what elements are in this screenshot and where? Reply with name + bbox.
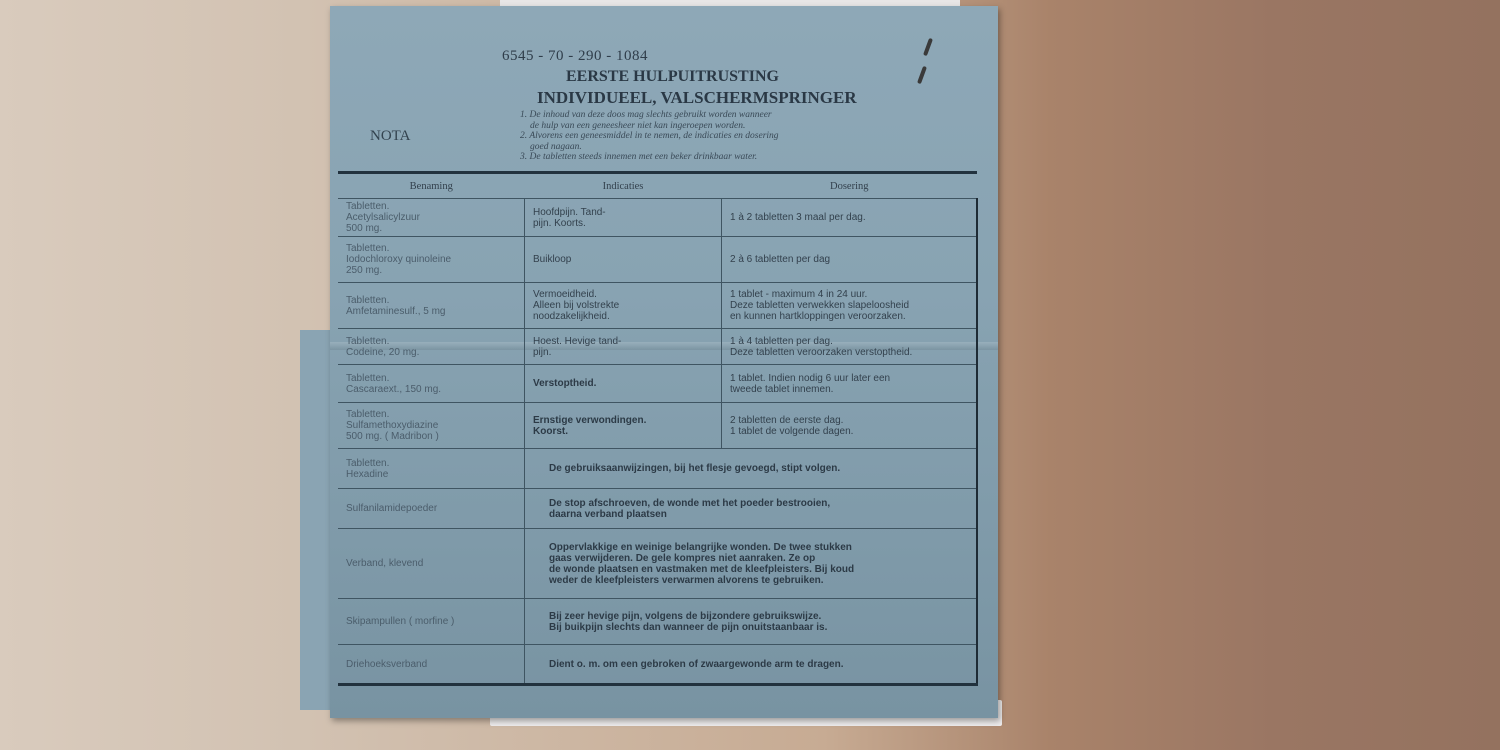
cell-dosage: 1 à 2 tabletten 3 maal per dag. bbox=[722, 199, 978, 237]
cell-dosage: 1 tablet - maximum 4 in 24 uur. Deze tab… bbox=[722, 283, 978, 329]
cell-indication: Ernstige verwondingen. Koorst. bbox=[525, 403, 722, 449]
cell-dosage: 1 tablet. Indien nodig 6 uur later een t… bbox=[722, 365, 978, 403]
cell-instructions: Oppervlakkige en weinige belangrijke won… bbox=[525, 529, 978, 599]
cell-indication: Hoest. Hevige tand- pijn. bbox=[525, 329, 722, 365]
cell-name: Tabletten. Hexadine bbox=[338, 449, 525, 489]
table-row: Tabletten. Hexadine De gebruiksaanwijzin… bbox=[338, 449, 977, 489]
cell-name: Sulfanilamidepoeder bbox=[338, 489, 525, 529]
table-row: Tabletten. Codeine, 20 mg. Hoest. Hevige… bbox=[338, 329, 977, 365]
cell-name: Tabletten. Amfetaminesulf., 5 mg bbox=[338, 283, 525, 329]
cell-indication: Buikloop bbox=[525, 237, 722, 283]
cell-name: Tabletten. Cascaraext., 150 mg. bbox=[338, 365, 525, 403]
title-line-2: INDIVIDUEEL, VALSCHERMSPRINGER bbox=[537, 88, 857, 108]
cell-instructions: De gebruiksaanwijzingen, bij het flesje … bbox=[525, 449, 978, 489]
note-item: 1. De inhoud van deze doos mag slechts g… bbox=[520, 110, 920, 131]
table-row: Tabletten. Sulfamethoxydiazine 500 mg. (… bbox=[338, 403, 977, 449]
cell-name: Tabletten. Sulfamethoxydiazine 500 mg. (… bbox=[338, 403, 525, 449]
nota-label: NOTA bbox=[370, 128, 410, 145]
cell-indication: Vermoeidheid. Alleen bij volstrekte nood… bbox=[525, 283, 722, 329]
header-dosering: Dosering bbox=[722, 173, 978, 199]
table-row: Tabletten. Amfetaminesulf., 5 mg Vermoei… bbox=[338, 283, 977, 329]
staple-mark-icon bbox=[923, 38, 933, 56]
cell-name: Driehoeksverband bbox=[338, 645, 525, 685]
header-benaming: Benaming bbox=[338, 173, 525, 199]
cell-indication: Verstoptheid. bbox=[525, 365, 722, 403]
table-row: Tabletten. Acetylsalicylzuur 500 mg. Hoo… bbox=[338, 199, 977, 237]
table-row: Sulfanilamidepoeder De stop afschroeven,… bbox=[338, 489, 977, 529]
cell-dosage: 2 à 6 tabletten per dag bbox=[722, 237, 978, 283]
staple-mark-icon bbox=[917, 66, 927, 84]
cell-instructions: Dient o. m. om een gebroken of zwaargewo… bbox=[525, 645, 978, 685]
note-item: 2. Alvorens een geneesmiddel in te nemen… bbox=[520, 131, 920, 152]
cell-name: Tabletten. Iodochloroxy quinoleine 250 m… bbox=[338, 237, 525, 283]
notes-list: 1. De inhoud van deze doos mag slechts g… bbox=[520, 110, 920, 163]
table-row: Tabletten. Cascaraext., 150 mg. Verstopt… bbox=[338, 365, 977, 403]
cell-instructions: Bij zeer hevige pijn, volgens de bijzond… bbox=[525, 599, 978, 645]
staple-marks bbox=[920, 38, 934, 98]
cell-name: Skipampullen ( morfine ) bbox=[338, 599, 525, 645]
cell-name: Tabletten. Codeine, 20 mg. bbox=[338, 329, 525, 365]
note-item: 3. De tabletten steeds innemen met een b… bbox=[520, 152, 920, 163]
medication-table: Benaming Indicaties Dosering Tabletten. … bbox=[338, 171, 978, 686]
title-line-1: EERSTE HULPUITRUSTING bbox=[566, 68, 779, 86]
cell-instructions: De stop afschroeven, de wonde met het po… bbox=[525, 489, 978, 529]
table-header-row: Benaming Indicaties Dosering bbox=[338, 173, 977, 199]
table-row: Tabletten. Iodochloroxy quinoleine 250 m… bbox=[338, 237, 977, 283]
stock-number: 6545 - 70 - 290 - 1084 bbox=[502, 48, 648, 65]
table-row: Verband, klevend Oppervlakkige en weinig… bbox=[338, 529, 977, 599]
first-aid-leaflet: 6545 - 70 - 290 - 1084 EERSTE HULPUITRUS… bbox=[330, 6, 998, 718]
cell-indication: Hoofdpijn. Tand- pijn. Koorts. bbox=[525, 199, 722, 237]
cell-name: Tabletten. Acetylsalicylzuur 500 mg. bbox=[338, 199, 525, 237]
table-row: Skipampullen ( morfine ) Bij zeer hevige… bbox=[338, 599, 977, 645]
cell-name: Verband, klevend bbox=[338, 529, 525, 599]
cell-dosage: 2 tabletten de eerste dag. 1 tablet de v… bbox=[722, 403, 978, 449]
header-indicaties: Indicaties bbox=[525, 173, 722, 199]
cell-dosage: 1 à 4 tabletten per dag. Deze tabletten … bbox=[722, 329, 978, 365]
table-row: Driehoeksverband Dient o. m. om een gebr… bbox=[338, 645, 977, 685]
